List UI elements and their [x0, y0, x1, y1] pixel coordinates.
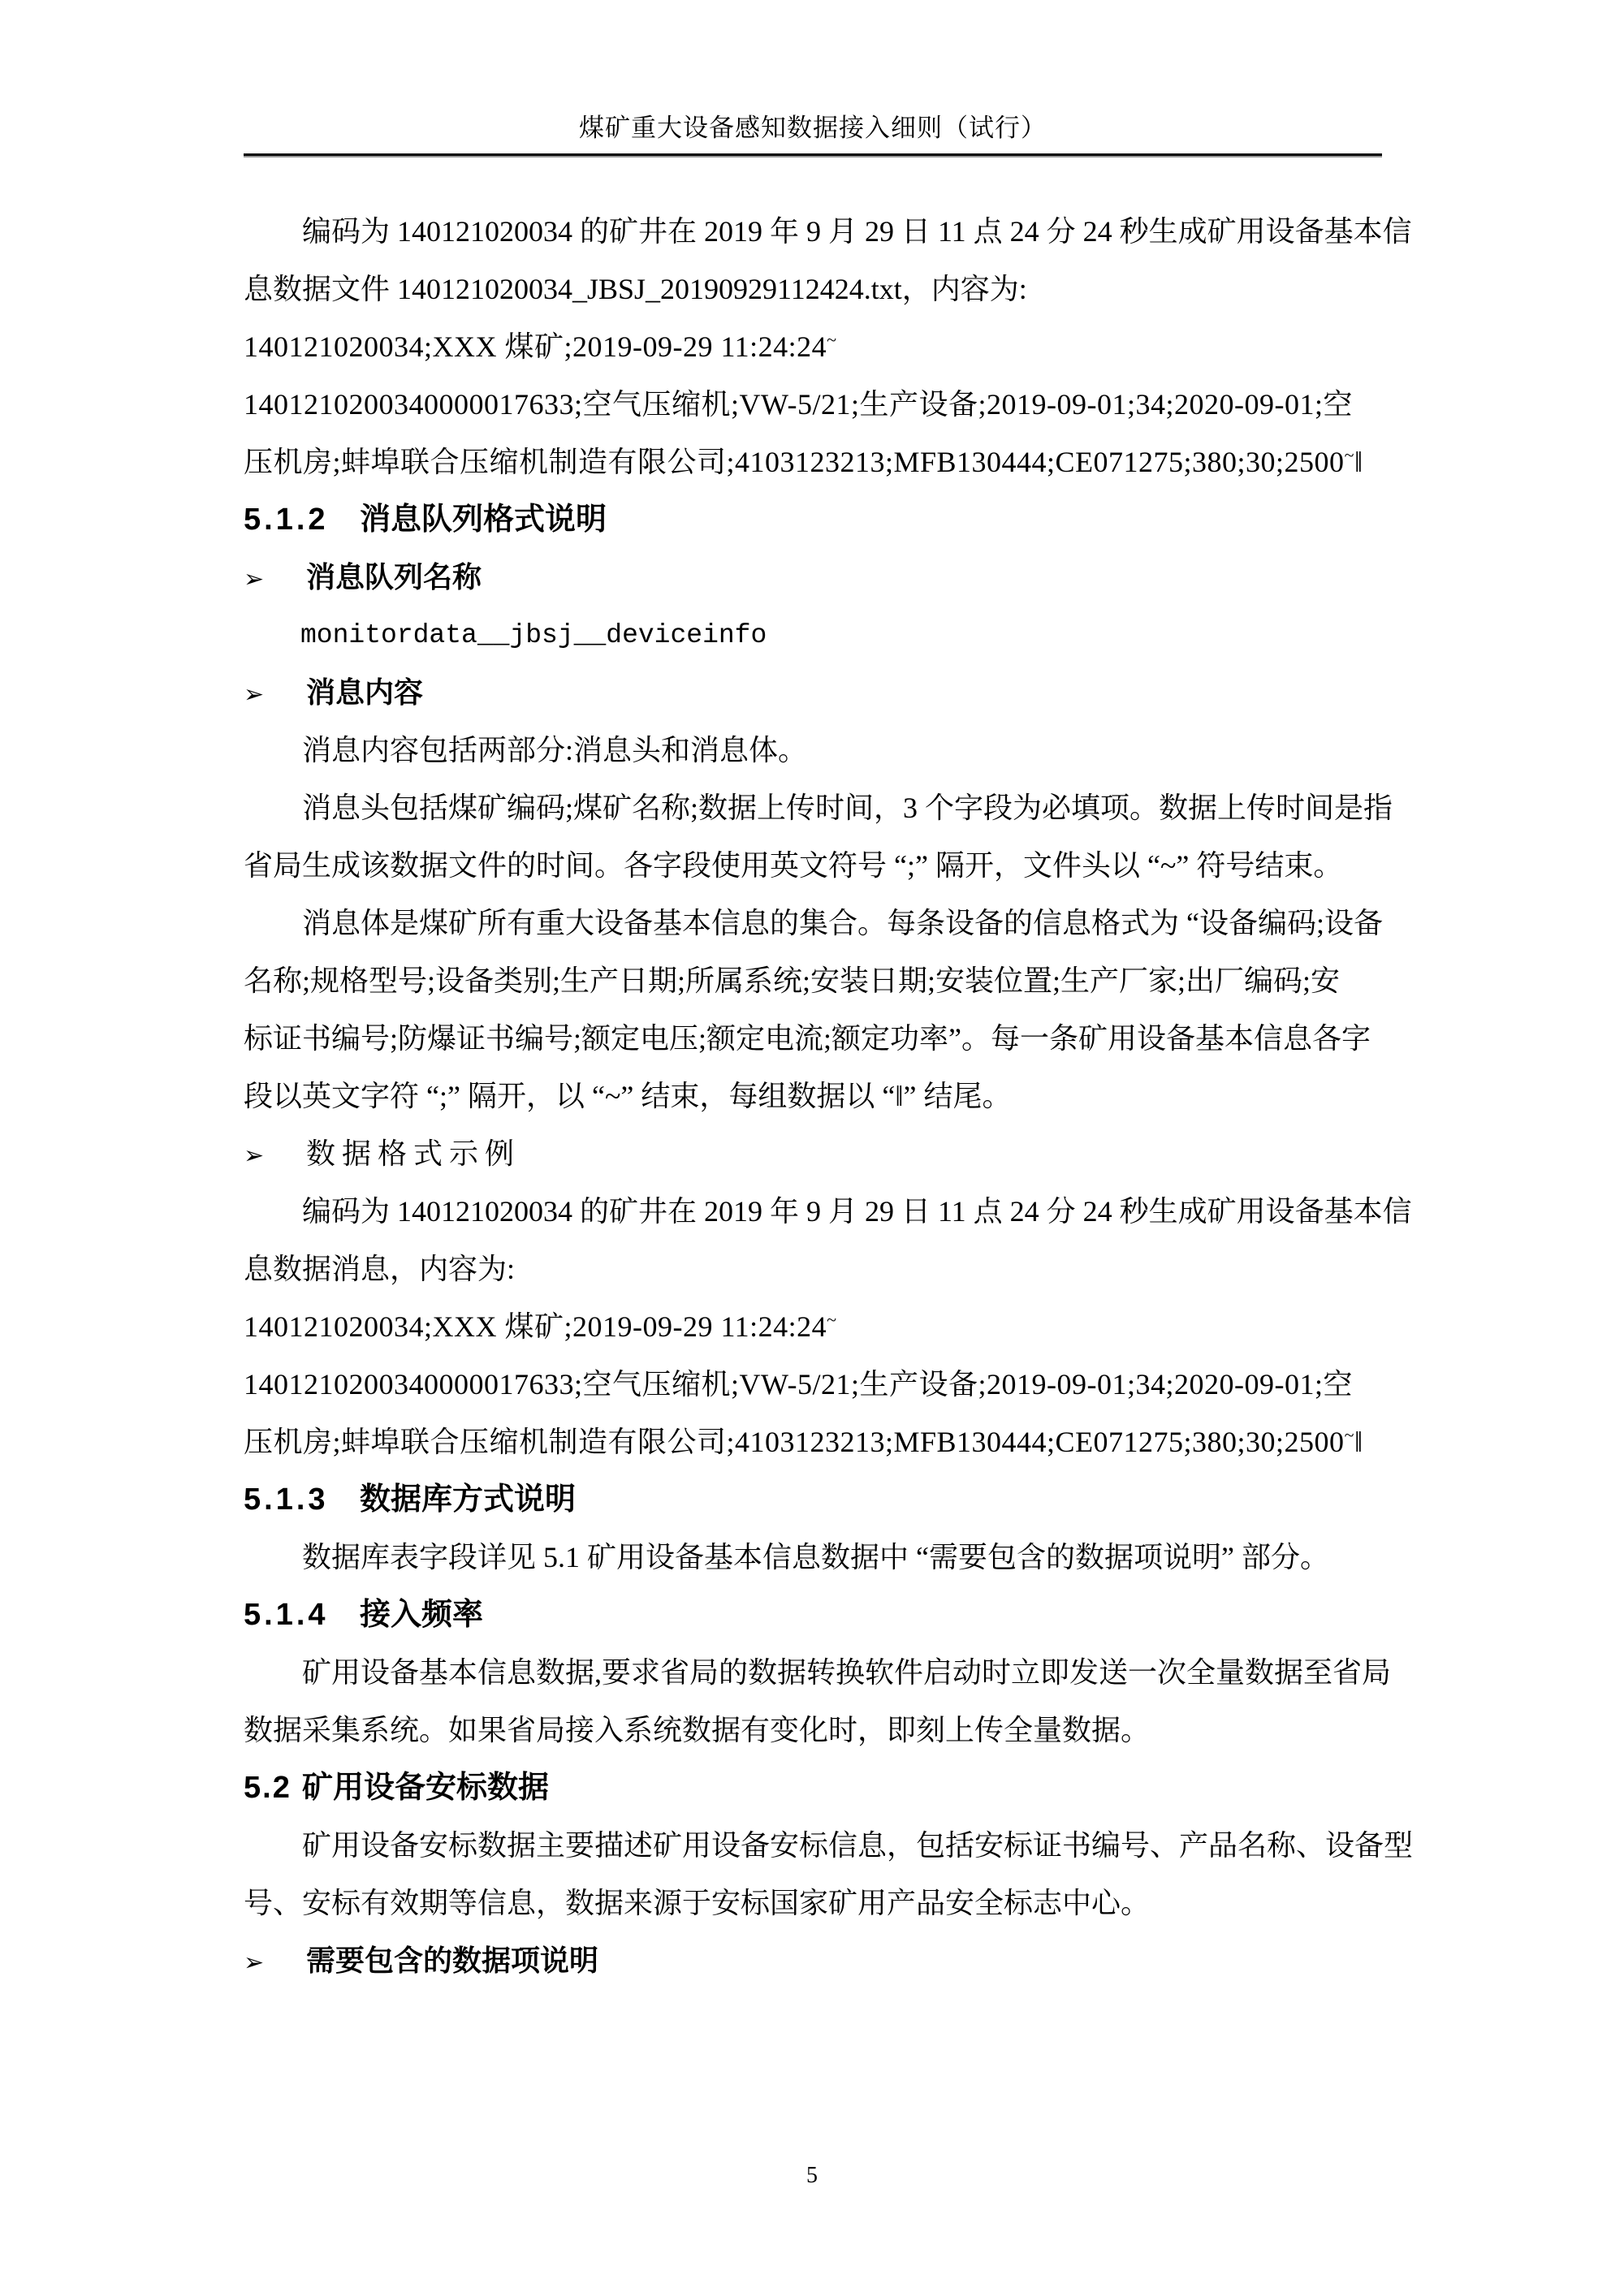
arrow-bullet-icon: ➢: [244, 666, 306, 723]
text-line: 名称;规格型号;设备类别;生产日期;所属系统;安装日期;安装位置;生产厂家;出厂…: [244, 952, 1382, 1010]
line-text: 1401210200340000017633;空气压缩机;VW-5/21;生产设…: [244, 1368, 1353, 1400]
data-example-line: 1401210200340000017633;空气压缩机;VW-5/21;生产设…: [244, 1356, 1382, 1413]
line-text: 矿用设备安标数据主要描述矿用设备安标信息，包括安标证书编号、产品名称、设备型: [302, 1829, 1413, 1862]
group-end-mark: ‖: [1354, 446, 1363, 478]
bullet-item-label: 数据格式示例: [306, 1137, 520, 1170]
data-example-line: 140121020034;XXX 煤矿;2019-09-29 11:24:24~: [244, 1298, 1382, 1356]
line-text: 矿用设备基本信息数据,要求省局的数据转换软件启动时立即发送一次全量数据至省局: [302, 1656, 1391, 1689]
page-number: 5: [806, 2163, 818, 2188]
data-example-line: 140121020034;XXX 煤矿;2019-09-29 11:24:24~: [244, 318, 1382, 376]
section-heading: 5.1.4接入频率: [244, 1586, 1382, 1644]
section-number: 5.1.3: [244, 1471, 360, 1529]
section-number: 5.1.4: [244, 1586, 360, 1644]
line-text: 数据采集系统。如果省局接入系统数据有变化时，即刻上传全量数据。: [244, 1714, 1150, 1746]
text-line: 标证书编号;防爆证书编号;额定电压;额定电流;额定功率”。每一条矿用设备基本信息…: [244, 1010, 1382, 1068]
bullet-item-label: 消息队列名称: [306, 561, 482, 593]
section-heading: 5.2矿用设备安标数据: [244, 1759, 1382, 1817]
arrow-bullet-icon: ➢: [244, 550, 306, 608]
section-title: 消息队列格式说明: [360, 503, 607, 537]
line-text: 消息内容包括两部分:消息头和消息体。: [302, 734, 807, 766]
record-end-tilde: ~: [1345, 1425, 1354, 1445]
text-line: 段以英文字符 “;” 隔开，以 “~” 结束，每组数据以 “‖” 结尾。: [244, 1068, 1382, 1125]
section-title: 数据库方式说明: [360, 1482, 576, 1517]
bullet-item-label: 需要包含的数据项说明: [306, 1944, 598, 1977]
queue-name-line: monitordata__jbsj__deviceinfo: [244, 606, 1382, 664]
arrow-bullet-icon: ➢: [244, 1127, 306, 1185]
section-title: 接入频率: [360, 1598, 483, 1632]
text-line: 号、安标有效期等信息，数据来源于安标国家矿用产品安全标志中心。: [244, 1875, 1382, 1932]
bullet-item: ➢消息内容: [244, 664, 1382, 722]
line-text: 名称;规格型号;设备类别;生产日期;所属系统;安装日期;安装位置;生产厂家;出厂…: [244, 965, 1340, 997]
section-number: 5.1.2: [244, 491, 360, 549]
document-page: 煤矿重大设备感知数据接入细则（试行） 编码为 140121020034 的矿井在…: [0, 0, 1624, 2296]
header-rule: [244, 153, 1382, 158]
data-example-line: 1401210200340000017633;空气压缩机;VW-5/21;生产设…: [244, 376, 1382, 434]
arrow-bullet-icon: ➢: [244, 1934, 306, 1992]
line-text: 标证书编号;防爆证书编号;额定电压;额定电流;额定功率”。每一条矿用设备基本信息…: [244, 1022, 1371, 1055]
section-number: 5.2: [244, 1759, 302, 1817]
group-end-mark: ‖: [1354, 1426, 1363, 1458]
line-text: monitordata__jbsj__deviceinfo: [300, 620, 767, 650]
line-text: 数据库表字段详见 5.1 矿用设备基本信息数据中 “需要包含的数据项说明” 部分…: [302, 1541, 1329, 1573]
bullet-item: ➢需要包含的数据项说明: [244, 1932, 1382, 1990]
section-heading: 5.1.3数据库方式说明: [244, 1471, 1382, 1529]
text-line: 矿用设备基本信息数据,要求省局的数据转换软件启动时立即发送一次全量数据至省局: [244, 1644, 1382, 1702]
page-header: 煤矿重大设备感知数据接入细则（试行）: [244, 112, 1382, 158]
text-line: 编码为 140121020034 的矿井在 2019 年 9 月 29 日 11…: [244, 203, 1382, 261]
bullet-item: ➢消息队列名称: [244, 549, 1382, 606]
line-text: 号、安标有效期等信息，数据来源于安标国家矿用产品安全标志中心。: [244, 1887, 1150, 1919]
text-line: 消息头包括煤矿编码;煤矿名称;数据上传时间，3 个字段为必填项。数据上传时间是指: [244, 779, 1382, 837]
line-text: 压机房;蚌埠联合压缩机制造有限公司;4103123213;MFB130444;C…: [244, 1426, 1345, 1458]
line-text: 息数据消息，内容为:: [244, 1253, 515, 1285]
page-header-title: 煤矿重大设备感知数据接入细则（试行）: [244, 112, 1382, 145]
line-text: 消息体是煤矿所有重大设备基本信息的集合。每条设备的信息格式为 “设备编码;设备: [302, 907, 1383, 939]
line-text: 编码为 140121020034 的矿井在 2019 年 9 月 29 日 11…: [302, 1195, 1412, 1228]
text-line: 省局生成该数据文件的时间。各字段使用英文符号 “;” 隔开，文件头以 “~” 符…: [244, 837, 1382, 895]
line-text: 消息头包括煤矿编码;煤矿名称;数据上传时间，3 个字段为必填项。数据上传时间是指: [302, 792, 1393, 824]
record-end-tilde: ~: [827, 1310, 836, 1330]
line-text: 140121020034;XXX 煤矿;2019-09-29 11:24:24: [244, 1310, 827, 1343]
page-footer: 5: [0, 2160, 1624, 2192]
record-end-tilde: ~: [827, 330, 836, 350]
text-line: 消息体是煤矿所有重大设备基本信息的集合。每条设备的信息格式为 “设备编码;设备: [244, 895, 1382, 952]
line-text: 1401210200340000017633;空气压缩机;VW-5/21;生产设…: [244, 388, 1353, 421]
data-example-line: 压机房;蚌埠联合压缩机制造有限公司;4103123213;MFB130444;C…: [244, 434, 1382, 491]
record-end-tilde: ~: [1345, 445, 1354, 465]
line-text: 段以英文字符 “;” 隔开，以 “~” 结束，每组数据以 “‖” 结尾。: [244, 1080, 1011, 1112]
text-line: 数据库表字段详见 5.1 矿用设备基本信息数据中 “需要包含的数据项说明” 部分…: [244, 1529, 1382, 1586]
text-line: 息数据消息，内容为:: [244, 1241, 1382, 1298]
text-line: 息数据文件 140121020034_JBSJ_20190929112424.t…: [244, 261, 1382, 318]
section-heading: 5.1.2消息队列格式说明: [244, 491, 1382, 549]
bullet-item-label: 消息内容: [306, 676, 423, 709]
text-line: 矿用设备安标数据主要描述矿用设备安标信息，包括安标证书编号、产品名称、设备型: [244, 1817, 1382, 1875]
text-line: 消息内容包括两部分:消息头和消息体。: [244, 722, 1382, 779]
line-text: 省局生成该数据文件的时间。各字段使用英文符号 “;” 隔开，文件头以 “~” 符…: [244, 849, 1342, 882]
line-text: 压机房;蚌埠联合压缩机制造有限公司;4103123213;MFB130444;C…: [244, 446, 1345, 478]
data-example-line: 压机房;蚌埠联合压缩机制造有限公司;4103123213;MFB130444;C…: [244, 1413, 1382, 1471]
text-line: 编码为 140121020034 的矿井在 2019 年 9 月 29 日 11…: [244, 1183, 1382, 1241]
line-text: 140121020034;XXX 煤矿;2019-09-29 11:24:24: [244, 330, 827, 363]
text-line: 数据采集系统。如果省局接入系统数据有变化时，即刻上传全量数据。: [244, 1702, 1382, 1759]
line-text: 编码为 140121020034 的矿井在 2019 年 9 月 29 日 11…: [302, 215, 1412, 248]
bullet-item: ➢数据格式示例: [244, 1125, 1382, 1183]
content-lines: 编码为 140121020034 的矿井在 2019 年 9 月 29 日 11…: [244, 203, 1382, 1990]
section-title: 矿用设备安标数据: [302, 1771, 549, 1805]
line-text: 息数据文件 140121020034_JBSJ_20190929112424.t…: [244, 273, 1027, 305]
